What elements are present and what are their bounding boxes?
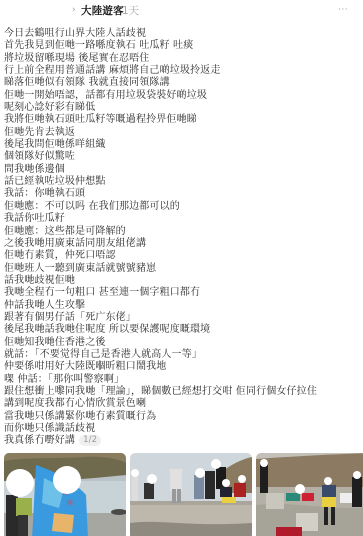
- post-line: 佢哋冇素質，仲死口唔認: [4, 250, 363, 262]
- post-line: 跟住想衝上嚟同我哋「理論」，睇個數已經想打交咁 佢同行個女仔拉住: [4, 386, 363, 398]
- post-line: 㗎 仲話：「那你叫警察啊」: [4, 374, 363, 386]
- post-line: 講到呢度我都冇心情欣賞景色喇: [4, 398, 363, 410]
- post-line: 佢哋先肯去執返: [4, 127, 363, 139]
- post-line: 當我哋只係講緊你哋冇素質嘅行為: [4, 411, 363, 423]
- photo-gallery[interactable]: 大 陸: [4, 453, 363, 536]
- post-line: 今日去鶴咀行山界大陸人話歧視: [4, 28, 363, 40]
- post-line: 而你哋只係識話歧視: [4, 423, 363, 435]
- chevron-right-icon[interactable]: ›: [72, 5, 76, 15]
- post-line-last: 我真係冇嘢好講1/2: [4, 435, 363, 447]
- post-line: 佢哋應：不可以吗 在我们那边都可以的: [4, 201, 363, 213]
- post-line: 我哋全程冇一句粗口 甚至連一個字粗口都冇: [4, 287, 363, 299]
- post-line: 仲要係咁用好大陸既嗰昕粗口鬧我地: [4, 361, 363, 373]
- post-line: 呢刻心諗好彩有睇低: [4, 102, 363, 114]
- svg-text:陸: 陸: [67, 499, 73, 507]
- post-header: › 大陸遊客 1天 ···: [0, 0, 363, 22]
- post-line: 話已經執咗垃圾仲想點: [4, 176, 363, 188]
- post-line: 跟著有個男仔話「死广东佬」: [4, 312, 363, 324]
- photo-3[interactable]: [256, 453, 363, 536]
- more-options-icon[interactable]: ···: [338, 5, 348, 15]
- post-line: 佢哋一開始唔認，話都有用垃圾袋裝好啲垃圾: [4, 90, 363, 102]
- post-line-text: 我真係冇嘢好講: [4, 435, 75, 446]
- post-line: 行上前全程用普通話講 麻煩將自己啲垃圾拎返走: [4, 65, 363, 77]
- post-line: 佢哋知我哋住香港之後: [4, 337, 363, 349]
- photo-1-image: 大 陸: [4, 453, 126, 536]
- post-line: 後尾我哋話我哋住呢度 所以要保護呢度嘅環境: [4, 324, 363, 336]
- post-line: 就話：「不要觉得自己是香港人就高人一等」: [4, 349, 363, 361]
- post-line: 話我哋歧視佢哋: [4, 275, 363, 287]
- post-line: 將垃圾留喺現場 後尾實在忍唔住: [4, 53, 363, 65]
- post-line: 我將佢哋執石頭吐瓜籽等嘅過程拎畀佢哋睇: [4, 114, 363, 126]
- post-body: 今日去鶴咀行山界大陸人話歧視 首先我見到佢哋一路喺度執石 吐瓜籽 吐痰 將垃圾留…: [4, 28, 363, 448]
- post-time: 1天: [122, 3, 139, 18]
- post-line: 之後我哋用廣東話同朋友組佬講: [4, 238, 363, 250]
- post-line: 首先我見到佢哋一路喺度執石 吐瓜籽 吐痰: [4, 40, 363, 52]
- photo-3-image: [256, 453, 363, 536]
- photo-2-image: [130, 453, 252, 536]
- post-line: 問我哋係邊個: [4, 164, 363, 176]
- post-line: 後尾我問佢哋係咩組織: [4, 139, 363, 151]
- post-line: 睇落佢哋似有領隊 我就直接同領隊講: [4, 77, 363, 89]
- post-line: 佢哋應：这些都是可降解的: [4, 226, 363, 238]
- post-line: 仲話我哋人生攻擊: [4, 300, 363, 312]
- post-line: 我話：你哋執石頭: [4, 188, 363, 200]
- photo-1[interactable]: 大 陸: [4, 453, 126, 536]
- post-line: 佢哋班人一聽到廣東話就號號豬崽: [4, 263, 363, 275]
- photo-2[interactable]: [130, 453, 252, 536]
- post-line: 個領隊好似驚咗: [4, 151, 363, 163]
- post-line: 我話你吐瓜籽: [4, 213, 363, 225]
- page-indicator-badge[interactable]: 1/2: [79, 435, 101, 446]
- community-name[interactable]: 大陸遊客: [81, 3, 124, 18]
